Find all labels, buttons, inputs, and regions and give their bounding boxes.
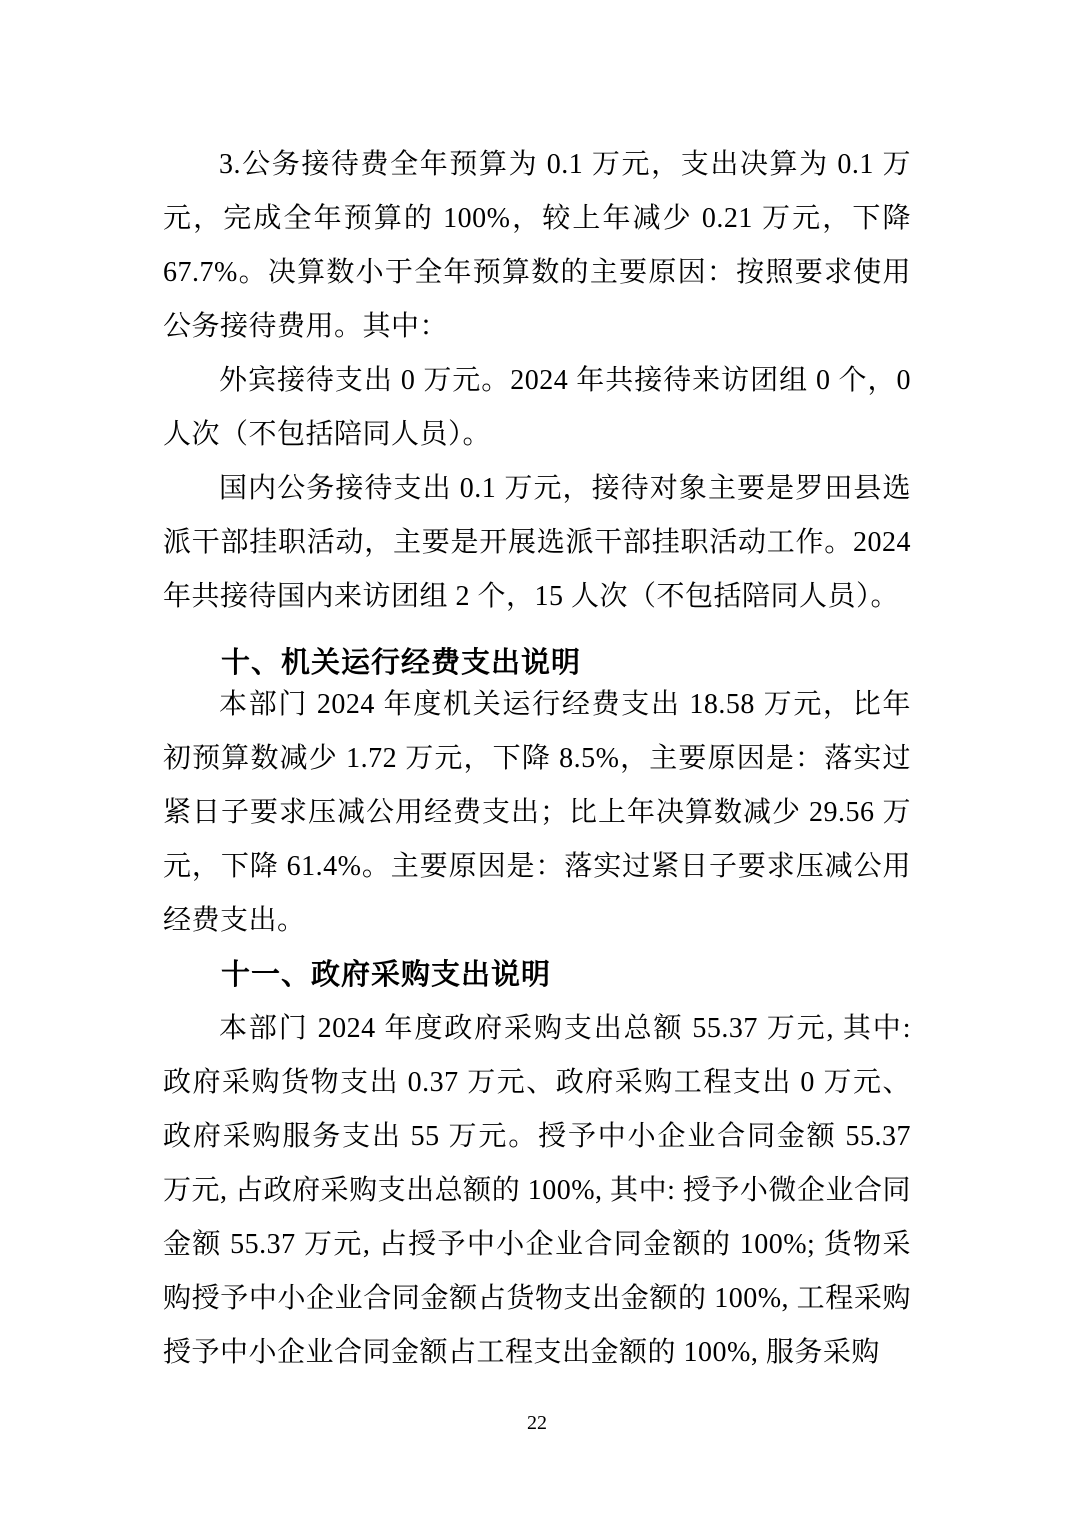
paragraph-procurement-detail: 本部门 2024 年度政府采购支出总额 55.37 万元, 其中: 政府采购货物… — [163, 1002, 911, 1380]
heading-section-eleven-procurement: 十一、政府采购支出说明 — [163, 948, 911, 1002]
document-content: 3.公务接待费全年预算为 0.1 万元，支出决算为 0.1 万元，完成全年预算的… — [163, 138, 911, 1380]
document-page: 3.公务接待费全年预算为 0.1 万元，支出决算为 0.1 万元，完成全年预算的… — [0, 0, 1074, 1520]
paragraph-domestic-reception: 国内公务接待支出 0.1 万元，接待对象主要是罗田县选派干部挂职活动，主要是开展… — [163, 462, 911, 624]
paragraph-operating-expenses-detail: 本部门 2024 年度机关运行经费支出 18.58 万元，比年初预算数减少 1.… — [163, 678, 911, 948]
paragraph-official-reception-budget: 3.公务接待费全年预算为 0.1 万元，支出决算为 0.1 万元，完成全年预算的… — [163, 138, 911, 354]
paragraph-foreign-guest-reception: 外宾接待支出 0 万元。2024 年共接待来访团组 0 个，0 人次（不包括陪同… — [163, 354, 911, 462]
page-number: 22 — [0, 1410, 1074, 1436]
